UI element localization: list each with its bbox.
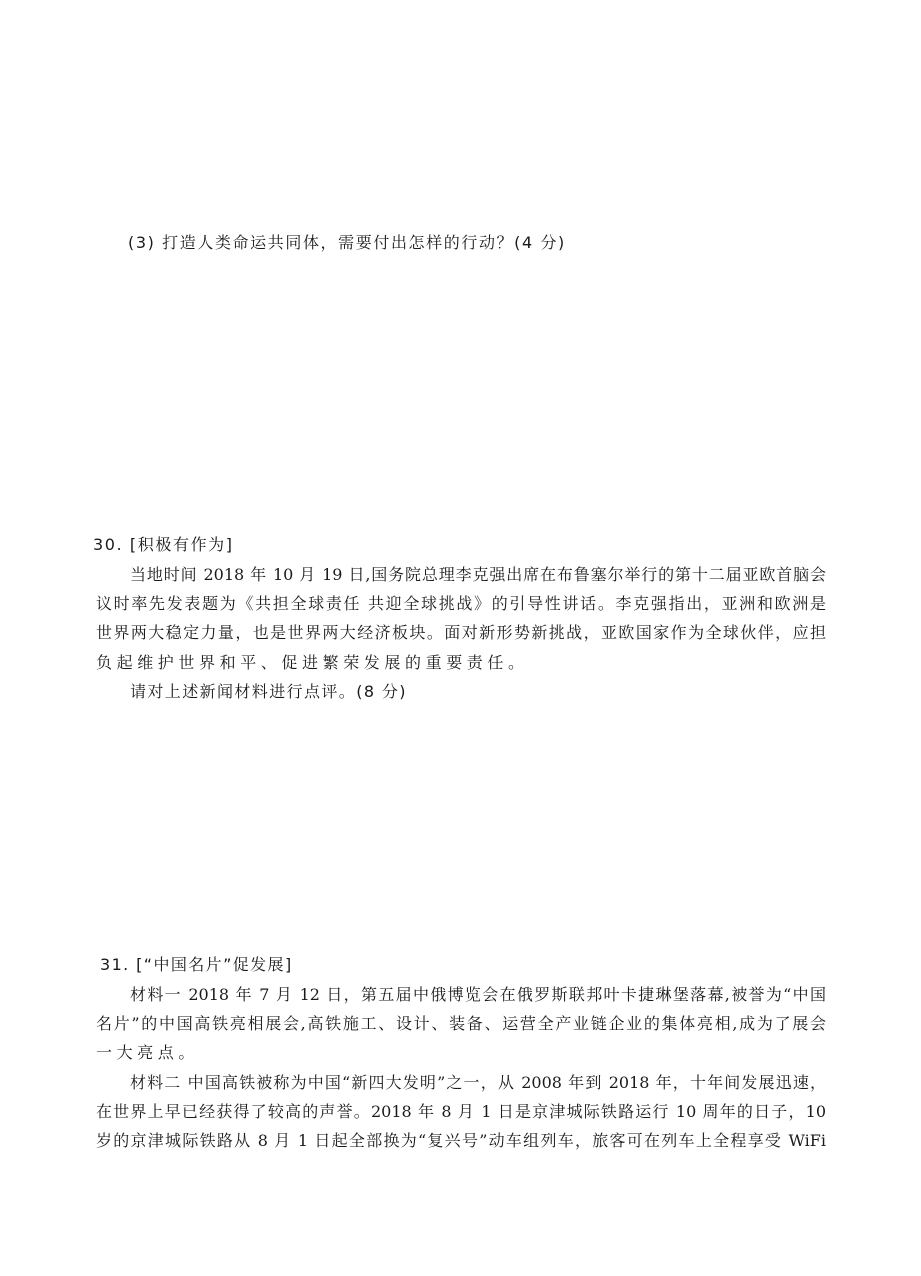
question-30-paragraph-line-1: 当地时间 2018 年 10 月 19 日,国务院总理李克强出席在布鲁塞尔举行的… — [130, 564, 826, 586]
question-30-prompt: 请对上述新闻材料进行点评。(8 分) — [130, 681, 407, 703]
material-1-line-2: 名片”的中国高铁亮相展会,高铁施工、设计、装备、运营全产业链企业的集体亮相,成为… — [96, 1013, 826, 1035]
question-30-paragraph-line-3: 世界两大稳定力量，也是世界两大经济板块。面对新形势新挑战，亚欧国家作为全球伙伴，… — [96, 622, 826, 644]
material-2-line-3: 岁的京津城际铁路从 8 月 1 日起全部换为“复兴号”动车组列车，旅客可在列车上… — [96, 1130, 826, 1152]
question-29-3-text: (3) 打造人类命运共同体，需要付出怎样的行动？(4 分) — [128, 232, 566, 254]
material-1-line-1: 材料一 2018 年 7 月 12 日，第五届中俄博览会在俄罗斯联邦叶卡捷琳堡落… — [130, 984, 826, 1006]
material-2-line-1: 材料二 中国高铁被称为中国“新四大发明”之一，从 2008 年到 2018 年，… — [130, 1072, 826, 1094]
material-1-line-3: 一大亮点。 — [96, 1042, 199, 1064]
question-30-paragraph-line-4: 负起维护世界和平、促进繁荣发展的重要责任。 — [96, 652, 529, 674]
material-2-line-2: 在世界上早已经获得了较高的声誉。2018 年 8 月 1 日是京津城际铁路运行 … — [96, 1101, 826, 1123]
question-30-paragraph-line-2: 议时率先发表题为《共担全球责任 共迎全球挑战》的引导性讲话。李克强指出，亚洲和欧… — [96, 593, 826, 615]
question-31-title: 31. [“中国名片”促发展] — [100, 954, 293, 976]
question-30-title: 30. [积极有作为] — [93, 534, 234, 556]
